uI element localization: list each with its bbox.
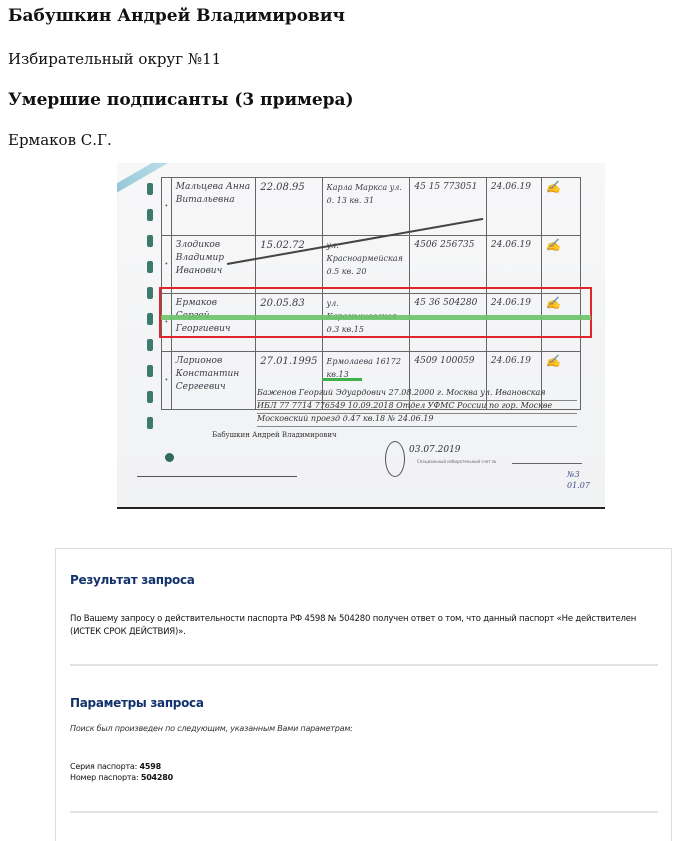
signer-address: Карла Маркса ул. д. 13 кв. 31: [322, 178, 410, 236]
query-params: Серия паспорта: 4598 Номер паспорта: 504…: [70, 761, 173, 783]
signer-birthdate: 15.02.72: [256, 236, 322, 294]
row-number: •: [162, 178, 172, 236]
result-title: Результат запроса: [70, 573, 195, 587]
candidate-name-heading: Бабушкин Андрей Владимирович: [8, 6, 345, 26]
blue-handwritten-note: №3 01.07: [567, 469, 590, 491]
signer-passport: 45 15 773051: [410, 178, 487, 236]
signature-mark: ✍: [541, 236, 580, 294]
signer-fullname: Мальцева Анна Витальевна: [171, 178, 255, 236]
row-number: •: [162, 236, 172, 294]
row-number: •: [162, 352, 172, 410]
collector-info: Подписной лист удостоверяю:Баженов Георг…: [177, 388, 577, 427]
green-marker-line: [161, 315, 591, 320]
collector-line-1: Баженов Георгий Эдуардович 27.08.2000 г.…: [257, 388, 546, 397]
signer-name: Ермаков С.Г.: [8, 131, 112, 149]
signature-sheet-scan: •Мальцева Анна Витальевна22.08.95Карла М…: [117, 163, 605, 509]
highlight-box: [159, 287, 592, 338]
signature-mark: ✍: [541, 178, 580, 236]
signer-row: •Злодиков Владимир Иванович15.02.72ул. К…: [162, 236, 581, 294]
signature-date: 24.06.19: [486, 236, 541, 294]
account-label: Специальный избирательный счет №: [417, 459, 496, 464]
signer-passport: 4506 256735: [410, 236, 487, 294]
green-underline: [322, 378, 362, 381]
result-text: По Вашему запросу о действительности пас…: [70, 613, 645, 639]
district-label: Избирательный округ №11: [8, 50, 221, 68]
perforation-holes: [147, 183, 155, 443]
binder-dot: [165, 453, 174, 462]
collector-line-2: ИБЛ 77 7714 776549 10.09.2018 Отдел УФМС…: [257, 401, 552, 410]
divider: [70, 811, 658, 813]
candidate-printed-name: Бабушкин Андрей Владимирович: [212, 431, 337, 439]
account-line: [512, 463, 582, 464]
query-result-panel: Результат запроса По Вашему запросу о де…: [55, 548, 672, 841]
signer-fullname: Злодиков Владимир Иванович: [171, 236, 255, 294]
signature-stamp: [385, 441, 405, 477]
signature-date: 24.06.19: [486, 178, 541, 236]
series-row: Серия паспорта: 4598: [70, 761, 173, 772]
signer-row: •Мальцева Анна Витальевна22.08.95Карла М…: [162, 178, 581, 236]
collector-line-3: Московский проезд д.47 кв.18 № 24.06.19: [257, 414, 433, 423]
params-note: Поиск был произведен по следующим, указа…: [70, 724, 353, 733]
stamp-date: 03.07.2019: [409, 445, 461, 455]
margin-line: [137, 476, 297, 477]
section-title: Умершие подписанты (3 примера): [8, 90, 354, 110]
params-title: Параметры запроса: [70, 696, 204, 710]
number-row: Номер паспорта: 504280: [70, 772, 173, 783]
signer-birthdate: 22.08.95: [256, 178, 322, 236]
divider: [70, 664, 658, 666]
